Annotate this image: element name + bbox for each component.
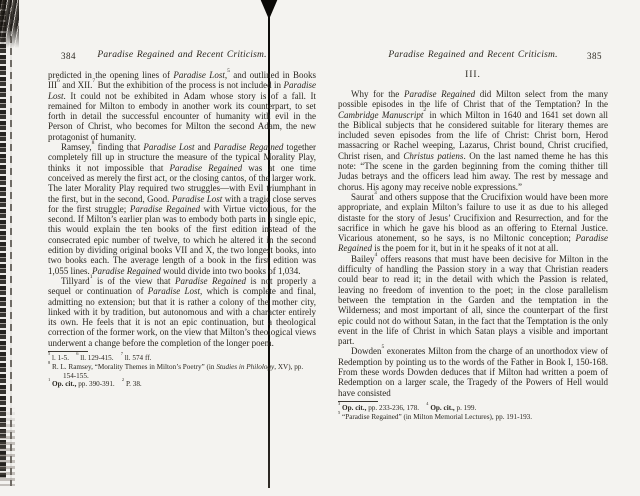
paragraph: predicted in the opening lines of Paradi…	[48, 70, 316, 142]
paragraph: Ramsey,8 finding that Paradise Lost and …	[48, 142, 316, 276]
page-header-right: Paradise Regained and Recent Criticism. …	[338, 50, 608, 63]
footnote-rule-right	[338, 401, 378, 402]
body-text-right: Why for the Paradise Regained did Milton…	[338, 89, 608, 398]
page-number-right: 385	[587, 51, 602, 61]
paragraph: Saurat3 and others suppose that the Cruc…	[338, 192, 608, 254]
body-text-left: predicted in the opening lines of Paradi…	[48, 70, 316, 348]
paragraph: Tillyard1 is of the view that Paradise R…	[48, 276, 316, 348]
paragraph: Dowden5 exonerates Milton from the charg…	[338, 346, 608, 397]
footnote-rule-left	[48, 351, 88, 352]
running-title-right: Paradise Regained and Recent Criticism.	[338, 50, 608, 60]
footnote: 5 “Paradise Regained” (in Milton Memoria…	[338, 413, 608, 422]
book-scan: 384 Paradise Regained and Recent Critici…	[0, 0, 640, 496]
scan-corner-blob	[0, 0, 19, 48]
footnote: 5 l. 1-5. 6 ll. 129-415. 7 ll. 574 ff.	[48, 354, 316, 363]
page-header-left: 384 Paradise Regained and Recent Critici…	[48, 50, 316, 63]
page-number-left: 384	[61, 51, 76, 61]
footnotes-right: 3 Op. cit., pp. 233-236, 178. 4 Op. cit.…	[338, 404, 608, 422]
page-385: Paradise Regained and Recent Criticism. …	[338, 50, 608, 422]
page-384: 384 Paradise Regained and Recent Critici…	[48, 50, 316, 389]
footnotes-left: 5 l. 1-5. 6 ll. 129-415. 7 ll. 574 ff. 8…	[48, 354, 316, 389]
section-heading: III.	[338, 70, 608, 80]
running-title-left: Paradise Regained and Recent Criticism.	[48, 50, 316, 60]
paragraph: Bailey4 offers reasons that must have be…	[338, 254, 608, 347]
scan-bottom-speckles	[0, 406, 15, 486]
footnote: 3 Op. cit., pp. 233-236, 178. 4 Op. cit.…	[338, 404, 608, 413]
footnote: 8 R. L. Ramsey, “Morality Themes in Milt…	[48, 363, 316, 381]
footnote: 1 Op. cit., pp. 390-391. 2 P. 38.	[48, 380, 316, 389]
paragraph: Why for the Paradise Regained did Milton…	[338, 89, 608, 192]
